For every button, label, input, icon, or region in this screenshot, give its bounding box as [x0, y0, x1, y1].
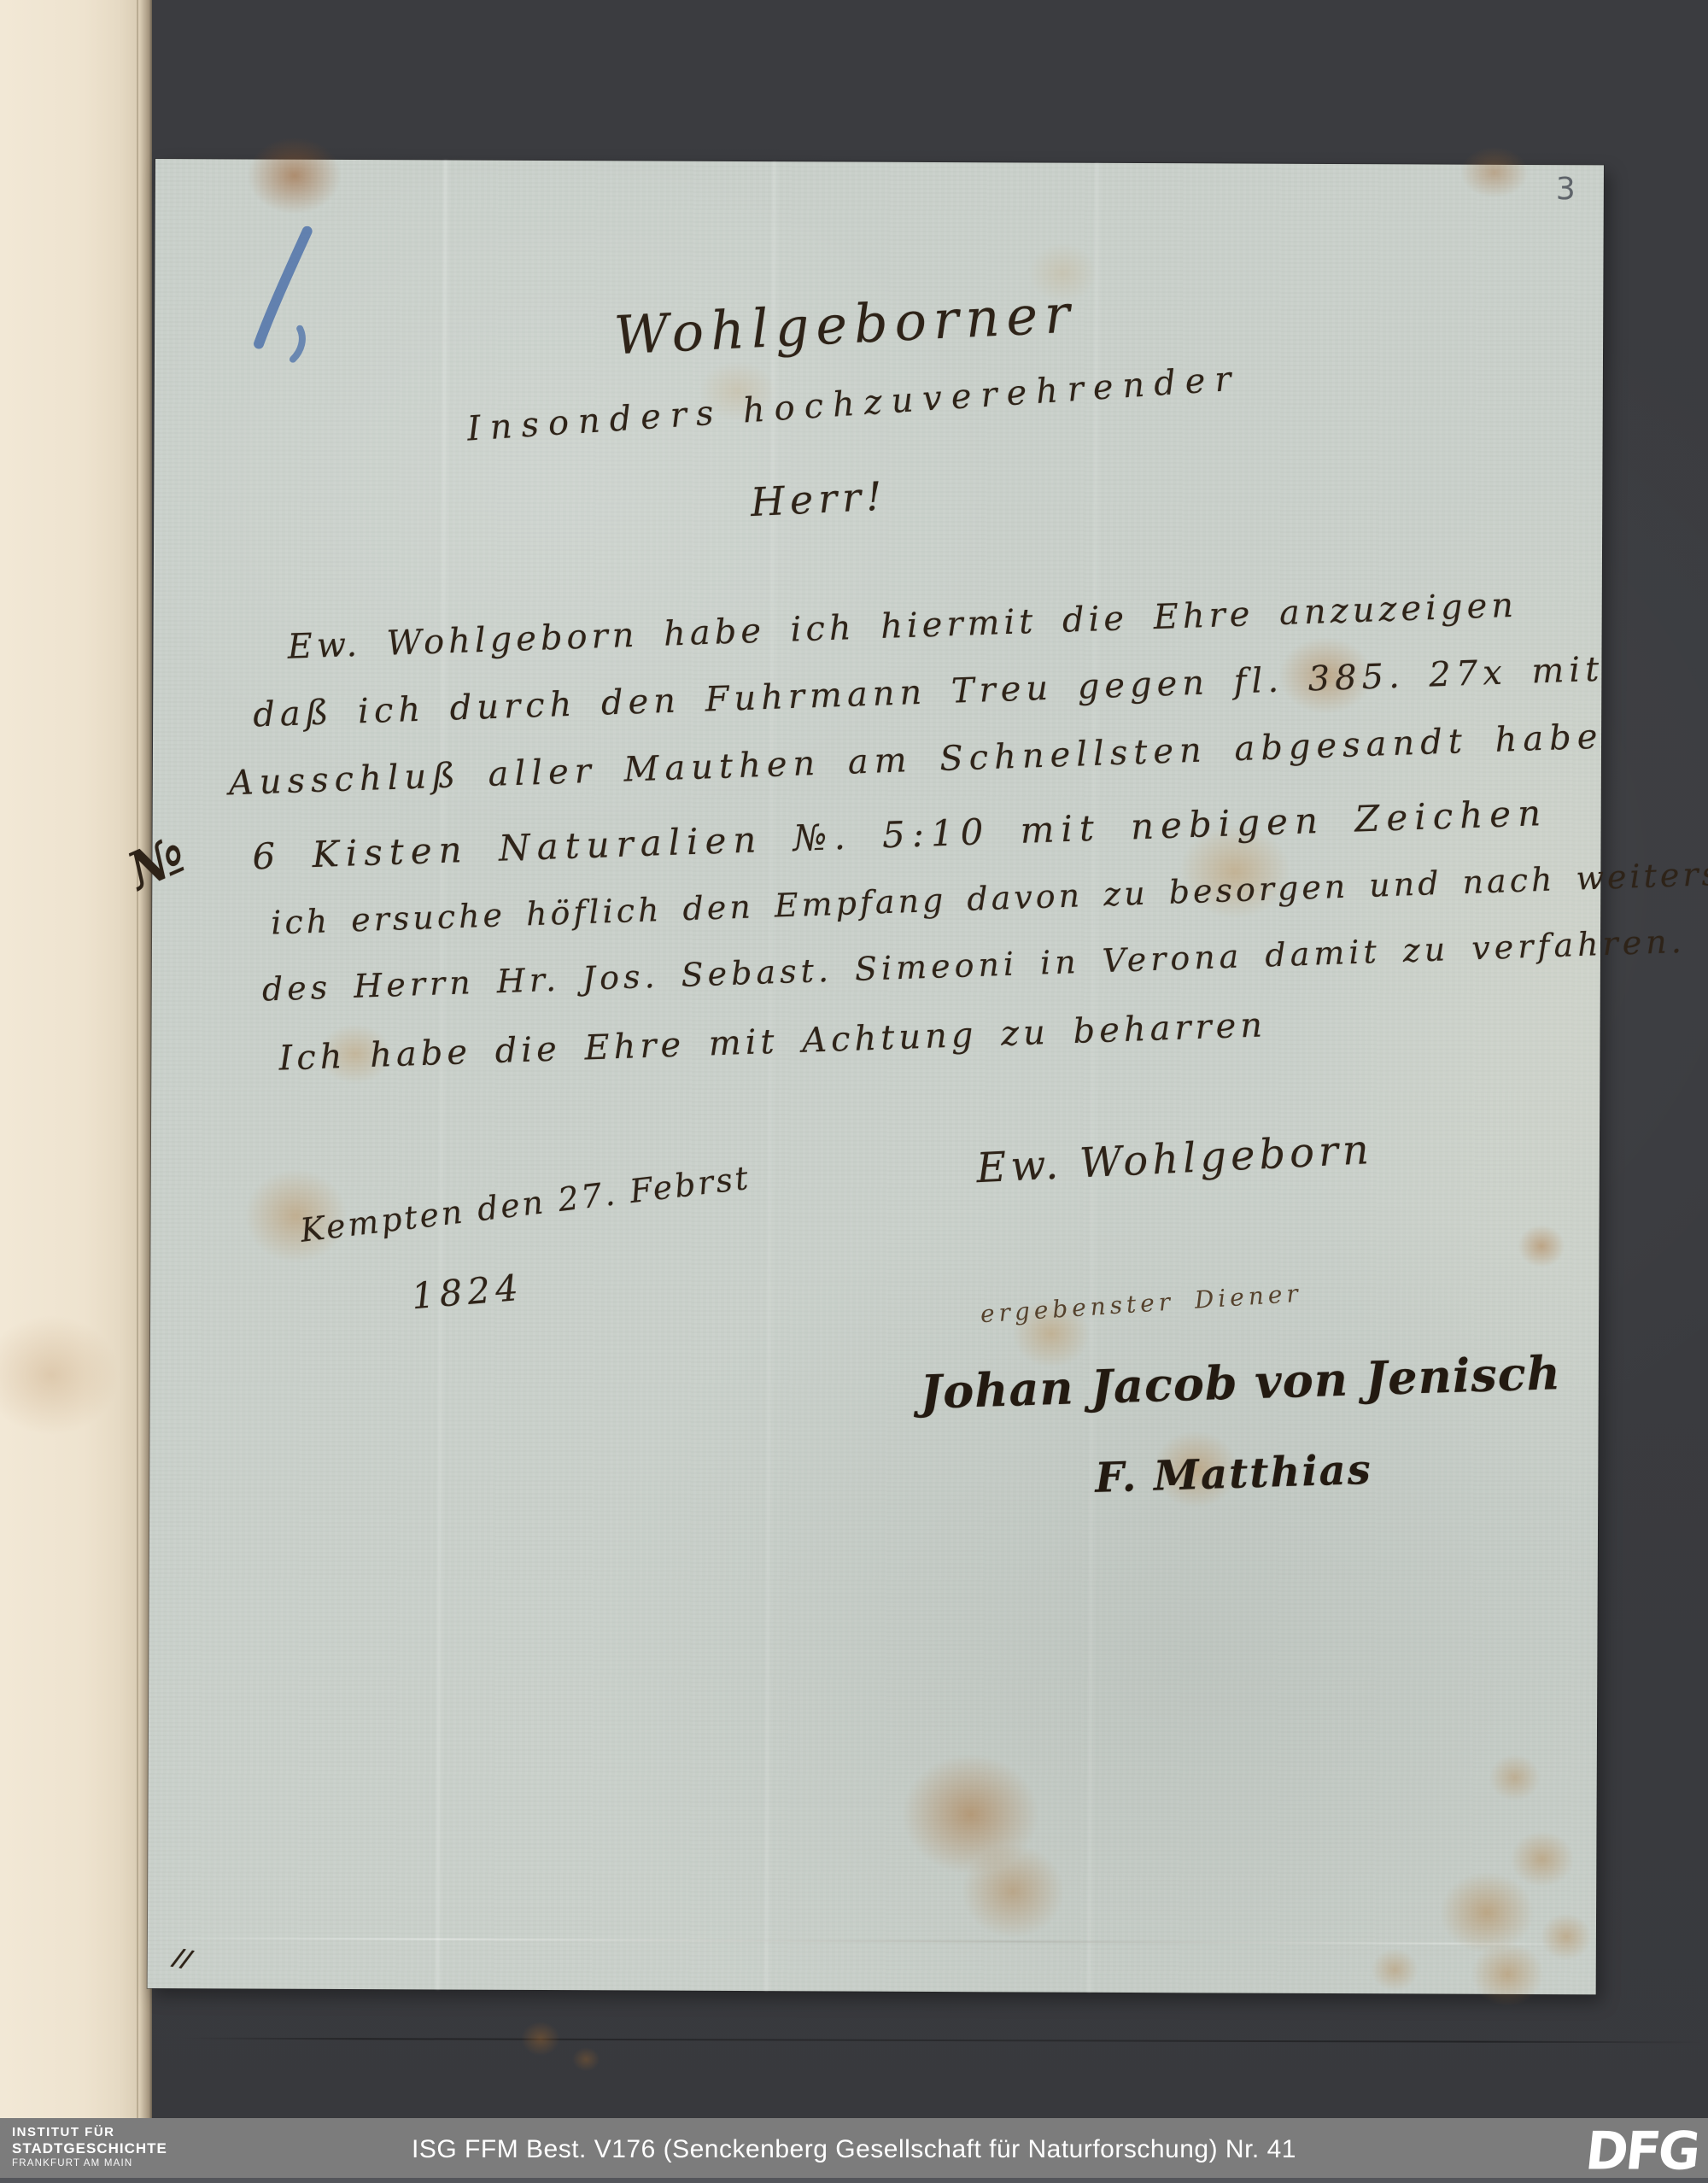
- foxing-spot: [1372, 1948, 1418, 1991]
- signature-line: Johan Jacob von Jenisch: [920, 1345, 1562, 1419]
- foxing-spot: [0, 1315, 120, 1435]
- body-line: Ew. Wohlgeborn habe ich hiermit die Ehre…: [287, 586, 1518, 667]
- folio-number: 3: [1556, 172, 1576, 207]
- body-line: des Herrn Hr. Jos. Sebast. Simeoni in Ve…: [261, 922, 1686, 1009]
- body-line: daß ich durch den Fuhrmann Treu gegen fl…: [252, 650, 1605, 735]
- foxing-spot: [1541, 1913, 1592, 1960]
- foxing-spot: [1510, 1831, 1574, 1887]
- dfg-logo: DFG: [1582, 2121, 1701, 2181]
- footer-bar: INSTITUT FÜR STADTGESCHICHTE FRANKFURT A…: [0, 2118, 1708, 2183]
- closing-line: Ew. Wohlgeborn: [975, 1126, 1374, 1192]
- body-line: Ausschluß aller Mauthen am Schnellsten a…: [228, 717, 1604, 804]
- crease-line: [148, 1937, 1596, 1945]
- heading-line: Herr!: [750, 472, 888, 525]
- manuscript-page: 3 № // Wohlgeborner Insonders hochzuvere…: [148, 159, 1604, 1994]
- archive-caption: ISG FFM Best. V176 (Senckenberg Gesellsc…: [0, 2135, 1708, 2164]
- dateline-year: 1824: [410, 1267, 524, 1318]
- heading-line: Insonders hochzuverehrender: [466, 359, 1242, 448]
- fold-line: [1088, 163, 1099, 1993]
- body-line: 6 Kisten Naturalien №. 5:10 mit nebigen …: [252, 792, 1548, 878]
- heading-line: Wohlgeborner: [612, 282, 1078, 366]
- blue-crayon-mark: [240, 225, 335, 362]
- fold-line: [436, 160, 447, 1989]
- foxing-spot: [1440, 1872, 1534, 1953]
- foxing-spot: [1518, 1225, 1565, 1267]
- foxing-spot: [1489, 1754, 1541, 1801]
- signature-line: F. Matthias: [1094, 1446, 1372, 1502]
- valediction-line: ergebenster Diener: [980, 1279, 1303, 1329]
- dateline-place: Kempten den 27. Febrst: [298, 1159, 752, 1250]
- foxing-spot: [902, 1754, 1039, 1875]
- foxing-spot: [962, 1844, 1064, 1939]
- book-page-edge: [0, 0, 152, 2118]
- book-edge-seam: [137, 0, 138, 2118]
- body-line: Ich habe die Ehre mit Achtung zu beharre…: [278, 1005, 1267, 1078]
- fold-line: [765, 161, 776, 1991]
- corner-ink-mark: //: [172, 1943, 194, 1974]
